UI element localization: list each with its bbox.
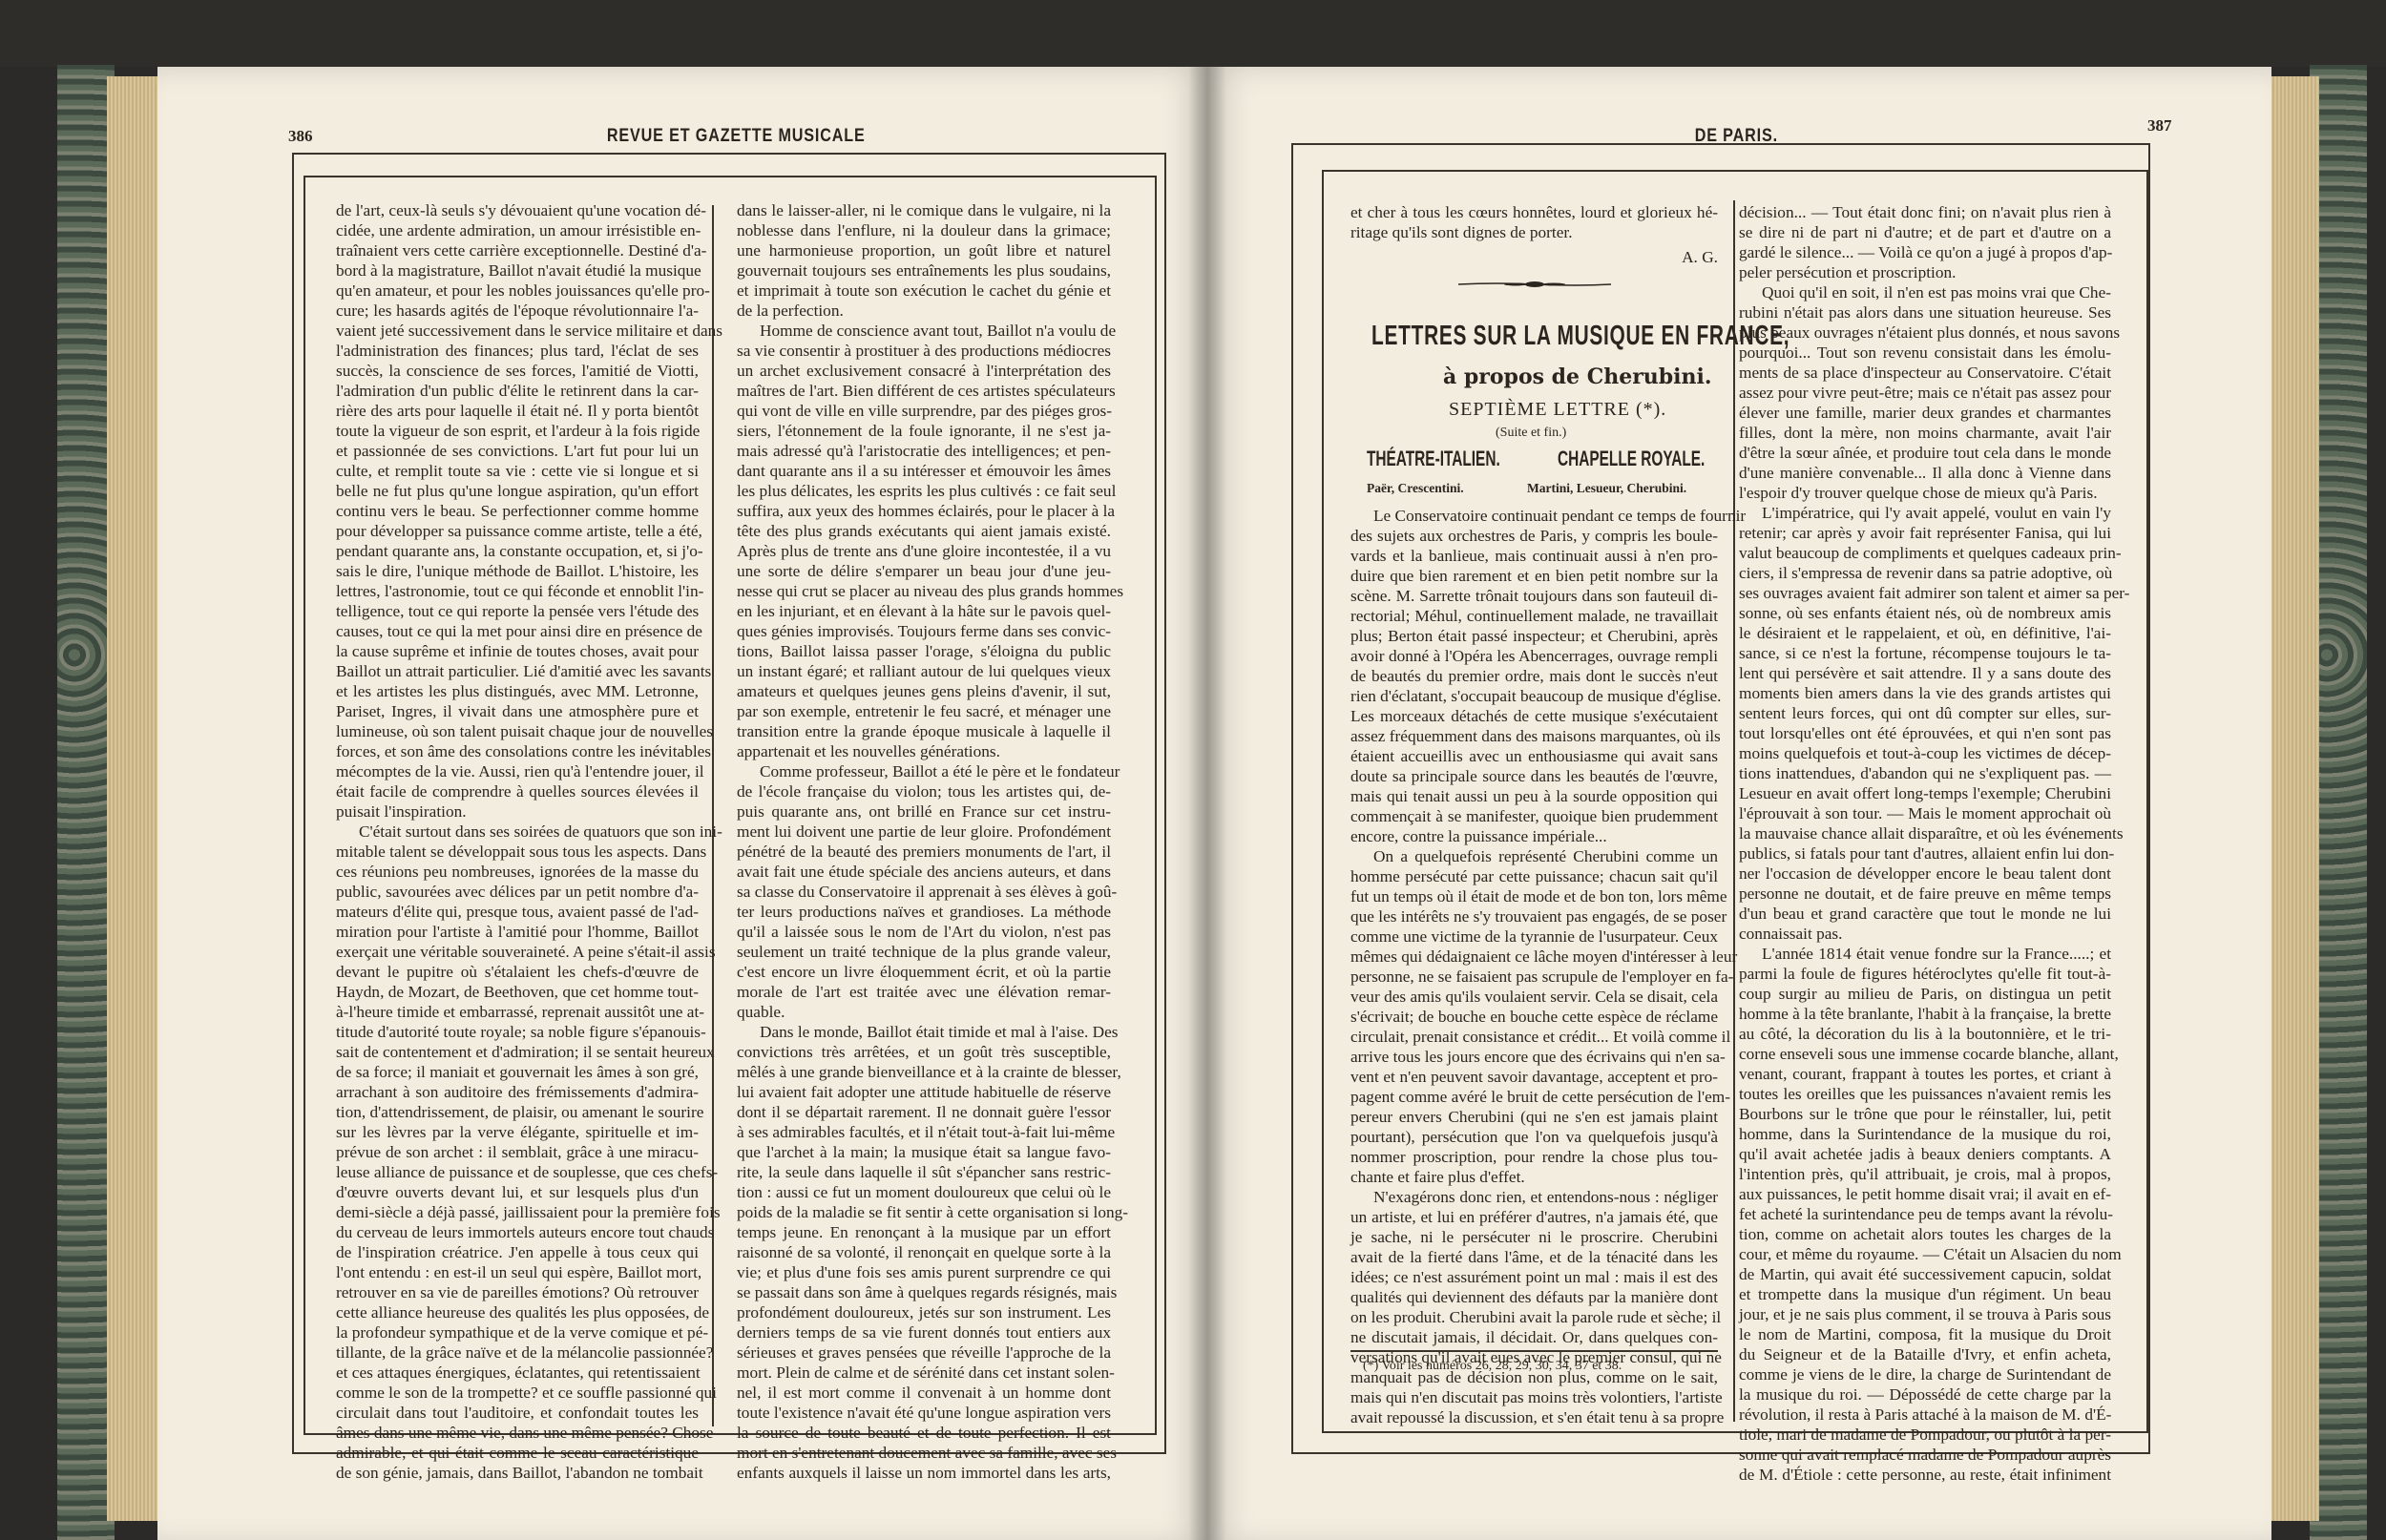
text-line: assez pour vivre peut-être; mais ce n'ét… [1739, 383, 2111, 403]
text-line: doute sa principale source dans les beau… [1350, 766, 1718, 786]
text-line: Quoi qu'il en soit, il n'en est pas moin… [1739, 282, 2111, 302]
text-line: pereur envers Cherubini (qui ne s'en est… [1350, 1107, 1718, 1127]
text-line: aux puissances, le petit homme disait vr… [1739, 1184, 2111, 1204]
text-line: nommer proscription, pour rendre la chos… [1350, 1147, 1718, 1167]
text-line: homme, dans la Surintendance de la musiq… [1739, 1124, 2111, 1144]
text-line: filles, dont la mère, non moins charmant… [1739, 423, 2111, 443]
text-line: tion : aussi ce fut un moment douloureux… [737, 1182, 1111, 1202]
text-line: transition entre la grande époque musica… [737, 721, 1111, 741]
text-line: On a quelquefois représenté Cherubini co… [1350, 846, 1718, 866]
text-line: mêlés à une grande bienveillance et à la… [737, 1062, 1111, 1082]
text-line: tête des plus grands exécutants qui aien… [737, 521, 1111, 541]
text-line: exerçait une véritable souveraineté. A p… [336, 942, 699, 962]
right-page-column-2: décision... — Tout était donc fini; on n… [1739, 202, 2111, 1485]
text-line: temps jeune. En renonçant à la musique p… [737, 1222, 1111, 1242]
text-line: derniers temps de sa vie furent donnés t… [737, 1322, 1111, 1342]
text-line: ment lui doivent une partie de leur gloi… [737, 822, 1111, 842]
page-number-left: 386 [288, 127, 313, 146]
text-line: gardé le silence... — Voilà ce qu'on a j… [1739, 242, 2111, 262]
text-line: un artiste, et lui en préférer d'autres,… [1350, 1207, 1718, 1227]
text-line: rien d'éclatant, s'occupait beaucoup de … [1350, 686, 1718, 706]
text-line: arrive tous les jours encore que des écr… [1350, 1047, 1718, 1067]
text-line: pénétré de la beauté des premiers monume… [737, 842, 1111, 862]
text-line: pourquoi... Tout son revenu consistait d… [1739, 343, 2111, 363]
text-line: lui avaient fait adopter une attitude ha… [737, 1082, 1111, 1102]
text-line: l'intention près, qu'il attribuait, je c… [1739, 1164, 2111, 1184]
text-line: nel, il est mort comme il convenait à un… [737, 1383, 1111, 1403]
text-line: homme persécuté par cette puissance; cha… [1350, 866, 1718, 886]
text-line: sa classe du Conservatoire il apprenait … [737, 882, 1111, 902]
text-line: gouvernait toujours ses entraînements le… [737, 260, 1111, 281]
text-line: qu'en amateur, et pour les nobles jouiss… [336, 281, 699, 301]
text-line: peler persécution et proscription. [1739, 262, 2111, 282]
text-line: titude d'autorité toute royale; sa noble… [336, 1022, 699, 1042]
text-line: N'exagérons donc rien, et entendons-nous… [1350, 1187, 1718, 1207]
text-line: des sujets aux orchestres de Paris, y co… [1350, 526, 1718, 546]
text-line: et trompette dans la musique d'un régime… [1739, 1284, 2111, 1304]
text-line: valut beaucoup de compliments et quelque… [1739, 543, 2111, 563]
text-line: miration pour l'artiste à l'amitié pour … [336, 922, 699, 942]
text-line: mitable talent se développait sous tous … [336, 842, 699, 862]
text-line: puisait l'inspiration. [336, 801, 699, 822]
text-line: convictions très arrêtées, et un goût tr… [737, 1042, 1111, 1062]
text-line: Les morceaux détachés de cette musique s… [1350, 706, 1718, 726]
text-line: d'être la sœur aînée, et produire tout c… [1739, 443, 2111, 463]
text-line: scène. M. Sarrette trônait toujours dans… [1350, 586, 1718, 606]
text-line: devant le pupitre où s'étalaient les che… [336, 962, 699, 982]
text-line: révolution, il resta à Paris attaché à l… [1739, 1405, 2111, 1425]
text-line: comme une victime de la tyrannie de l'us… [1350, 926, 1718, 947]
text-line: public, savourées avec délices par un pe… [336, 882, 699, 902]
text-line: ses ouvrages avaient fait admirer son ta… [1739, 583, 2111, 603]
text-line: duire que bien rarement et en bien petit… [1350, 566, 1718, 586]
text-line: corne enseveli sous une immense cocarde … [1739, 1044, 2111, 1064]
text-line: mateurs d'élite qui, presque tous, avaie… [336, 902, 699, 922]
text-line: dont il se départait rarement. Il ne don… [737, 1102, 1111, 1122]
left-page-column-2: dans le laisser-aller, ni le comique dan… [737, 200, 1111, 1483]
scan-background [0, 0, 2386, 67]
text-line: mais qui tenait aussi un peu à la sourde… [1350, 786, 1718, 806]
text-line: d'une manière convenable... Il alla donc… [1739, 463, 2111, 483]
page-edges-left [107, 76, 164, 1521]
text-line: décision... — Tout était donc fini; on n… [1739, 202, 2111, 222]
text-line: pendant quarante ans, la constante occup… [336, 541, 699, 561]
text-line: tillante, de la grâce naïve et de la mél… [336, 1342, 699, 1363]
text-line: amateurs et quelques jeunes gens pleins … [737, 681, 1111, 701]
text-line: l'éprouvait à son tour. — Mais le moment… [1739, 803, 2111, 823]
text-line: de beautés du premier ordre, mais dont l… [1350, 666, 1718, 686]
text-line: traînaient vers cette carrière exception… [336, 240, 699, 260]
text-line: Bourbons sur le trône que pour le réinst… [1739, 1104, 2111, 1124]
text-line: et imprimait à toute son exécution le ca… [737, 281, 1111, 301]
text-line: la cause suprême et infinie de toutes ch… [336, 641, 699, 661]
text-line: avait de la fierté dans l'âme, et de la … [1350, 1247, 1718, 1267]
text-line: mais qui n'en discutait pas moins très v… [1350, 1387, 1718, 1407]
text-line: L'impératrice, qui l'y avait appelé, vou… [1739, 503, 2111, 523]
text-line: maîtres de l'art. Bien différent de ces … [737, 381, 1111, 401]
text-line: assez fréquemment dans des maisons marqu… [1350, 726, 1718, 746]
text-line: de sa force; il maniait et gouvernait le… [336, 1062, 699, 1082]
text-line: toutes les oreilles que les puissances n… [1739, 1084, 2111, 1104]
text-line: retrouver en sa vie de pareilles émotion… [336, 1282, 699, 1302]
text-line: moments bien amers dans la vie des grand… [1739, 683, 2111, 703]
marbled-cover-left [57, 65, 115, 1540]
text-line: d'un beau et grand caractère que tout le… [1739, 904, 2111, 924]
text-line: de M. d'Étiole : cette personne, au rest… [1739, 1465, 2111, 1485]
text-line: plus; Berton était passé inspecteur; et … [1350, 626, 1718, 646]
text-line: vaient jeté successivement dans le servi… [336, 321, 699, 341]
text-line: pagent comme avéré le bruit de cette per… [1350, 1087, 1718, 1107]
text-line: Pariset, Ingres, il vivait dans une atmo… [336, 701, 699, 721]
text-line: suffira, aux yeux des hommes éclairés, p… [737, 501, 1111, 521]
text-line: de Martin, qui avait été successivement … [1739, 1264, 2111, 1284]
text-line: mêmes qui dédaignaient ce lâche moyen d'… [1350, 947, 1718, 967]
left-page-column-1: de l'art, ceux-là seuls s'y dévouaient q… [336, 200, 699, 1483]
text-line: continu vers le beau. Se perfectionner c… [336, 501, 699, 521]
text-line: siers, l'étonnement de la foule ignorant… [737, 421, 1111, 441]
text-line: cidée, une ardente admiration, un amour … [336, 220, 699, 240]
text-line: ciers, il s'empressa de revenir dans sa … [1739, 563, 2111, 583]
text-line: qu'il a laissée sous le nom de l'Art du … [737, 922, 1111, 942]
text-line: le nom de Martini, composa, fit la musiq… [1739, 1324, 2111, 1344]
footnote-rule [1350, 1350, 1718, 1352]
text-line: mais adressé qu'à l'aristocratie des int… [737, 441, 1111, 461]
text-line: la source de toute beauté et de toute pe… [737, 1423, 1111, 1443]
text-line: la profondeur sympathique et de la verve… [336, 1322, 699, 1342]
text-line: du Seigneur et de la Bataille d'Ivry, et… [1739, 1344, 2111, 1364]
text-line: demi-siècle a déjà passé, jaillissaient … [336, 1202, 699, 1222]
text-line: parmi la foule de figures hétéroclytes q… [1739, 964, 2111, 984]
text-line: publics, si fatals pour tant d'autres, a… [1739, 843, 2111, 864]
text-line: comme je viens de le dire, la charge de … [1739, 1364, 2111, 1384]
footnote: (*) Voir les numéros 26, 28, 29, 30, 34,… [1363, 1359, 1622, 1374]
text-line: admirable, et qui était comme le sceau c… [336, 1443, 699, 1463]
letter-number: SEPTIÈME LETTRE (*). [1449, 399, 1666, 421]
text-line: culte, et remplit toute sa vie : cette v… [336, 461, 699, 481]
text-line: leuse alliance de puissance et de souple… [336, 1162, 699, 1182]
signature: A. G. [1350, 247, 1775, 267]
text-line: une harmonieuse proportion, un goût libr… [737, 240, 1111, 260]
text-line: qualités qui deviennent des défauts par … [1350, 1287, 1718, 1307]
text-line: les plus délicates, les esprits les plus… [737, 481, 1111, 501]
text-line: de l'art, ceux-là seuls s'y dévouaient q… [336, 200, 699, 220]
text-line: on les produit. Cherubini avait la parol… [1350, 1307, 1718, 1327]
text-line: Baillot un attrait particulier. Lié d'am… [336, 661, 699, 681]
text-line: et ces attaques énergiques, éclatantes, … [336, 1363, 699, 1383]
running-head-left: REVUE ET GAZETTE MUSICALE [607, 126, 866, 147]
text-line: du cerveau de leurs immortels auteurs en… [336, 1222, 699, 1242]
text-line: de l'école française du violon; tous les… [737, 781, 1111, 801]
text-line: à-l'heure timide et embarrassé, reprenai… [336, 1002, 699, 1022]
text-line: de l'inspiration créatrice. J'en appelle… [336, 1242, 699, 1262]
text-line: vards et la banlieue, mais continuait au… [1350, 546, 1718, 566]
text-line: en les injuriant, et en élevant à la hât… [737, 601, 1111, 621]
text-line: Homme de conscience avant tout, Baillot … [737, 321, 1111, 341]
text-line: Lesueur en avait offert long-temps l'exe… [1739, 783, 2111, 803]
text-line: enfants auxquels il laisse un nom immort… [737, 1463, 1111, 1483]
text-line: mécomptes de la vie. Aussi, rien qu'à l'… [336, 761, 699, 781]
text-line: raisonné de sa volonté, il renonçait en … [737, 1242, 1111, 1262]
text-line: fut un temps où il était de mode et de b… [1350, 886, 1718, 906]
text-line: vent et n'en peuvent savoir davantage, a… [1350, 1067, 1718, 1087]
text-line: seulement un traité technique de la plus… [737, 942, 1111, 962]
article-previous-ending: et cher à tous les cœurs honnêtes, lourd… [1350, 202, 1718, 242]
text-line: moins quelquefois et tout-à-coup les vic… [1739, 743, 2111, 763]
right-page-column-1: Le Conservatoire continuait pendant ce t… [1350, 506, 1718, 1427]
text-line: nesse qui crut se placer au niveau des p… [737, 581, 1111, 601]
text-line: à ses admirables facultés, et il n'était… [737, 1122, 1111, 1142]
text-line: tout lorsqu'elles ont été éprouvées, et … [1739, 723, 2111, 743]
text-line: Dans le monde, Baillot était timide et m… [737, 1022, 1111, 1042]
text-line: commençait à se manifester, quoique bien… [1350, 806, 1718, 826]
text-line: la musique du roi. — Dépossédé de cette … [1739, 1384, 2111, 1405]
text-line: qu'il avait achetée jadis à beaux denier… [1739, 1144, 2111, 1164]
text-line: que les intérêts ne s'y trouvaient pas e… [1350, 906, 1718, 926]
text-line: se dire ni de part ni d'autre; et de par… [1739, 222, 2111, 242]
text-line: cure; les hasards agités de l'époque rév… [336, 301, 699, 321]
text-line: retenir; car après y avoir fait représen… [1739, 523, 2111, 543]
text-line: un instant égaré; et ralliant autour de … [737, 661, 1111, 681]
text-line: sur les lèvres par la verve élégante, sp… [336, 1122, 699, 1142]
text-line: idées; ce n'est assurément point un mal … [1350, 1267, 1718, 1287]
text-line: appartenait et les nouvelles générations… [737, 741, 1111, 761]
text-line: rectorial; Méhul, continuellement malade… [1350, 606, 1718, 626]
book-gutter [1188, 67, 1226, 1540]
text-line: sa vie consentir à prostituer à des prod… [737, 341, 1111, 361]
text-line: un archet exclusivement consacré à l'int… [737, 361, 1111, 381]
text-line: je sache, ni le persécuter ni le proscri… [1350, 1227, 1718, 1247]
text-line: et cher à tous les cœurs honnêtes, lourd… [1350, 202, 1718, 222]
text-line: ner l'occasion de développer encore le b… [1739, 864, 2111, 884]
text-line: Le Conservatoire continuait pendant ce t… [1350, 506, 1718, 526]
text-line: poids de la maladie se fit sentir à cett… [737, 1202, 1111, 1222]
text-line: vie; et plus d'une fois ses amis purent … [737, 1262, 1111, 1282]
text-line: l'ont entendu : en est-il un seul qui es… [336, 1262, 699, 1282]
text-line: qui vont de ville en ville surprendre, p… [737, 401, 1111, 421]
text-line: coup surgir au milieu de Paris, on disti… [1739, 984, 2111, 1004]
text-line: cour, et même du royaume. — C'était un A… [1739, 1244, 2111, 1264]
text-line: pour développer sa puissance comme artis… [336, 521, 699, 541]
text-line: ritage qu'ils sont dignes de porter. [1350, 222, 1718, 242]
text-line: venant, courant, frappant à toutes les p… [1739, 1064, 2111, 1084]
text-line: toute la vigueur de son esprit, et l'ard… [336, 421, 699, 441]
page-edges-right [2267, 76, 2319, 1521]
text-line: prévue de son archet : il semblait, grâc… [336, 1142, 699, 1162]
text-line: d'œuvre ouverts devant lui, et sur lesqu… [336, 1182, 699, 1202]
text-line: sait de contentement et d'admiration; il… [336, 1042, 699, 1062]
text-line: causes, tout ce qui la met pour ainsi di… [336, 621, 699, 641]
text-line: l'admiration d'un public d'élite le reti… [336, 381, 699, 401]
text-line: dans le laisser-aller, ni le comique dan… [737, 200, 1111, 220]
text-line: jour, et je ne sais plus comment, il se … [1739, 1304, 2111, 1324]
section-heading-theatre-italien: THÉATRE-ITALIEN. [1367, 447, 1500, 471]
text-line: élever une famille, marier deux grandes … [1739, 403, 2111, 423]
text-line: pourtant), persécution que l'on va quelq… [1350, 1127, 1718, 1147]
text-line: ques génies improvisés. Toujours ferme d… [737, 621, 1111, 641]
text-line: sance, si ce n'est la fortune, récompens… [1739, 643, 2111, 663]
text-line: sonne qui avait remplacé madame de Pompa… [1739, 1445, 2111, 1465]
text-line: sonne, où ses enfants étaient nés, où de… [1739, 603, 2111, 623]
text-line: rière des arts pour laquelle il était né… [336, 401, 699, 421]
text-line: et les artistes les plus distingués, ave… [336, 681, 699, 701]
continuation-note: (Suite et fin.) [1496, 426, 1566, 441]
text-line: tions, Baillot laissa passer l'orage, s'… [737, 641, 1111, 661]
article-subtitle: à propos de Cherubini. [1443, 364, 1712, 389]
text-line: étaient accueillis avec un enthousiasme … [1350, 746, 1718, 766]
text-line: chante et faire plus d'effet. [1350, 1167, 1718, 1187]
column-rule-left [712, 205, 714, 1426]
text-line: tions inattendues, d'abandon qui ne s'ex… [1739, 763, 2111, 783]
text-line: s'écrivait; de bouche en bouche cette es… [1350, 1007, 1718, 1027]
text-line: lettres, l'astronomie, tout ce qui fécon… [336, 581, 699, 601]
text-line: personne, ne se faisaient pas scrupule d… [1350, 967, 1718, 987]
text-line: mort. Plein de calme et de sérénité dans… [737, 1363, 1111, 1383]
text-line: ne discutait jamais, il décidait. Or, da… [1350, 1327, 1718, 1347]
section-names-theatre-italien: Paër, Crescentini. [1367, 481, 1464, 496]
text-line: que l'archet à la main; la musique était… [737, 1142, 1111, 1162]
text-line: lent qui persévère et sait attendre. Il … [1739, 663, 2111, 683]
text-line: belle ne fut plus qu'une longue aspirati… [336, 481, 699, 501]
text-line: encore, contre la puissance impériale... [1350, 826, 1718, 846]
text-line: forces, et son âme des consolations cont… [336, 741, 699, 761]
text-line: circulait, prenait consistance et crédit… [1350, 1027, 1718, 1047]
text-line: sentent leurs forces, qui ont dû compter… [1739, 703, 2111, 723]
text-line: de la perfection. [737, 301, 1111, 321]
text-line: l'espoir d'y trouver quelque chose de mi… [1739, 483, 2111, 503]
text-line: noblesse dans l'enflure, ni la douleur d… [737, 220, 1111, 240]
text-line: avait fait une étude spéciale des ancien… [737, 862, 1111, 882]
text-line: dant quarante ans il a su intéresser et … [737, 461, 1111, 481]
text-line: Après plus de trente ans d'une gloire in… [737, 541, 1111, 561]
text-line: ces réunions peu nombreuses, ignorées de… [336, 862, 699, 882]
text-line: ter leurs productions naïves et grandios… [737, 902, 1111, 922]
text-line: au côté, la décoration du lis à la bouto… [1739, 1024, 2111, 1044]
text-line: une sorte de délire s'emparer un beau jo… [737, 561, 1111, 581]
text-line: avait repoussé la discussion, et s'en ét… [1350, 1407, 1718, 1427]
text-line: Haydn, de Mozart, de Beethoven, que cet … [336, 982, 699, 1002]
text-line: la mauvaise chance allait disparaître, e… [1739, 823, 2111, 843]
text-line: veur des amis qu'ils voulaient servir. C… [1350, 987, 1718, 1007]
text-line: par son exemple, entretenir le feu sacré… [737, 701, 1111, 721]
text-line: quable. [737, 1002, 1111, 1022]
text-line: plus beaux ouvrages n'étaient plus donné… [1739, 323, 2111, 343]
text-line: ments de sa place d'inspecteur au Conser… [1739, 363, 2111, 383]
page-number-right: 387 [2147, 116, 2172, 135]
text-line: c'est encore un livre éloquemment écrit,… [737, 962, 1111, 982]
text-line: arrachant à son auditoire des frémisseme… [336, 1082, 699, 1102]
text-line: comme le son de la trompette? et ce souf… [336, 1383, 699, 1403]
text-line: et passionnée de ses convictions. L'art … [336, 441, 699, 461]
text-line: l'administration des finances; plus tard… [336, 341, 699, 361]
text-line: se passait dans son âme à quelques regar… [737, 1282, 1111, 1302]
text-line: mort en s'entretenant doucement avec sa … [737, 1443, 1111, 1463]
text-line: tion, d'attendrissement, de plaisir, ou … [336, 1102, 699, 1122]
text-line: sais le dire, l'unique méthode de Baillo… [336, 561, 699, 581]
text-line: tiole, mari de madame de Pompadour, ou p… [1739, 1425, 2111, 1445]
ornamental-divider-icon [1458, 281, 1611, 288]
text-line: homme à la tête branlante, l'habit à la … [1739, 1004, 2111, 1024]
article-title: LETTRES SUR LA MUSIQUE EN FRANCE, [1371, 321, 1789, 352]
text-line: le désiraient et le rappelaient, et où, … [1739, 623, 2111, 643]
text-line: cette alliance heureuse des qualités les… [336, 1302, 699, 1322]
text-line: tion, comme on achetait alors toutes les… [1739, 1224, 2111, 1244]
text-line: sérieuses et graves pensées que réveille… [737, 1342, 1111, 1363]
text-line: lumineuse, où son talent puisait chaque … [336, 721, 699, 741]
text-line: connaissait pas. [1739, 924, 2111, 944]
text-line: succès, la conscience de ses forces, l'a… [336, 361, 699, 381]
text-line: bord à la magistrature, Baillot n'avait … [336, 260, 699, 281]
text-line: rite, la seule dans laquelle il sût s'ép… [737, 1162, 1111, 1182]
text-line: puis quarante ans, ont brillé en France … [737, 801, 1111, 822]
column-rule-right [1733, 200, 1735, 1422]
text-line: personne ne doutait, et de faire preuve … [1739, 884, 2111, 904]
text-line: Comme professeur, Baillot a été le père … [737, 761, 1111, 781]
text-line: circulait dans tout l'auditoire, et conf… [336, 1403, 699, 1423]
text-line: toute l'existence n'avait été qu'une lon… [737, 1403, 1111, 1423]
text-line: L'année 1814 était venue fondre sur la F… [1739, 944, 2111, 964]
section-names-chapelle-royale: Martini, Lesueur, Cherubini. [1527, 481, 1686, 496]
text-line: C'était surtout dans ses soirées de quat… [336, 822, 699, 842]
text-line: avoir donné à l'Opéra les Abencerrages, … [1350, 646, 1718, 666]
text-line: telligence, tout ce qui reporte la pensé… [336, 601, 699, 621]
text-line: rubini n'était pas alors dans une situat… [1739, 302, 2111, 323]
section-heading-chapelle-royale: CHAPELLE ROYALE. [1558, 447, 1705, 471]
text-line: fet acheté la surintendance peu de temps… [1739, 1204, 2111, 1224]
text-line: de son génie, jamais, dans Baillot, l'ab… [336, 1463, 699, 1483]
text-line: morale de l'art est traitée avec une élé… [737, 982, 1111, 1002]
text-line: était facile de comprendre à quelles sou… [336, 781, 699, 801]
text-line: âmes dans une même vie, dans une même pe… [336, 1423, 699, 1443]
text-line: profondément douloureux, jetés sur son i… [737, 1302, 1111, 1322]
